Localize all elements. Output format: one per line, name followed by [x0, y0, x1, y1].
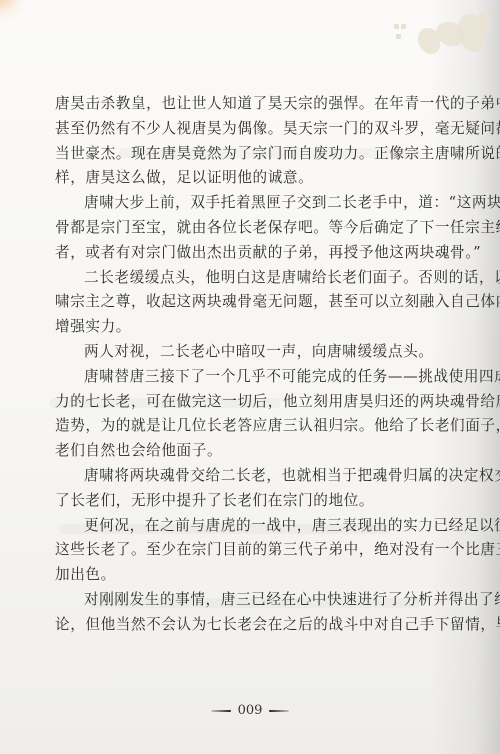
- text-line: 样，唐昊这么做，足以证明他的诚意。: [55, 166, 460, 191]
- text-line: 两人对视，二长老心中暗叹一声，向唐啸缓缓点头。: [55, 340, 460, 365]
- body-text: 唐昊击杀教皇，也让世人知道了昊天宗的强悍。在年青一代的子弟中，甚至仍然有不少人视…: [55, 92, 460, 638]
- text-line: 老们自然也会给他面子。: [55, 439, 460, 464]
- paragraph: 唐昊击杀教皇，也让世人知道了昊天宗的强悍。在年青一代的子弟中，甚至仍然有不少人视…: [55, 92, 460, 191]
- paragraph: 两人对视，二长老心中暗叹一声，向唐啸缓缓点头。: [55, 340, 460, 365]
- text-line: 当世豪杰。现在唐昊竟然为了宗门而自废功力。正像宗主唐啸所说的那: [55, 142, 460, 167]
- right-dash-ornament-icon: [269, 710, 289, 712]
- text-line: 唐啸将两块魂骨交给二长老，也就相当于把魂骨归属的决定权交给: [55, 464, 460, 489]
- header-mark: [394, 24, 399, 29]
- paragraph: 更何况，在之前与唐虎的一战中，唐三表现出的实力已经足以征服这些长老了。至少在宗门…: [55, 514, 460, 588]
- chapter-header-decoration-icon: [392, 10, 494, 58]
- text-line: 骨都是宗门至宝，就由各位长老保存吧。等今后确定了下一任宗主继承: [55, 216, 460, 241]
- header-blot: [478, 12, 490, 34]
- text-line: 论，但他当然不会认为七长老会在之后的战斗中对自己手下留情，毕竟: [55, 613, 460, 638]
- paragraph: 唐啸大步上前，双手托着黑匣子交到二长老手中，道：“这两块魂骨都是宗门至宝，就由各…: [55, 191, 460, 265]
- page-number: 009: [238, 703, 263, 718]
- text-line: 这些长老了。至少在宗门目前的第三代子弟中，绝对没有一个比唐三更: [55, 538, 460, 563]
- paragraph: 唐啸将两块魂骨交给二长老，也就相当于把魂骨归属的决定权交给了长老们，无形中提升了…: [55, 464, 460, 514]
- text-line: 唐昊击杀教皇，也让世人知道了昊天宗的强悍。在年青一代的子弟中，: [55, 92, 460, 117]
- header-mark: [396, 34, 401, 39]
- text-line: 更何况，在之前与唐虎的一战中，唐三表现出的实力已经足以征服: [55, 514, 460, 539]
- corner-shadow: [0, 0, 30, 20]
- header-mark: [401, 24, 406, 29]
- page-footer: 009: [0, 703, 500, 718]
- text-line: 对刚刚发生的事情，唐三已经在心中快速进行了分析并得出了结: [55, 588, 460, 613]
- text-line: 啸宗主之尊，收起这两块魂骨毫无问题，甚至可以立刻融入自己体内，: [55, 290, 460, 315]
- text-line: 者，或者有对宗门做出杰出贡献的子弟，再授予他这两块魂骨。”: [55, 241, 460, 266]
- text-line: 了长老们，无形中提升了长老们在宗门的地位。: [55, 489, 460, 514]
- text-line: 力的七长老，可在做完这一切后，他立刻用唐昊归还的两块魂骨给唐三: [55, 390, 460, 415]
- text-line: 增强实力。: [55, 315, 460, 340]
- text-line: 唐啸替唐三接下了一个几乎不可能完成的任务——挑战使用四成魂: [55, 365, 460, 390]
- paragraph: 对刚刚发生的事情，唐三已经在心中快速进行了分析并得出了结论，但他当然不会认为七长…: [55, 588, 460, 638]
- paragraph: 二长老缓缓点头，他明白这是唐啸给长老们面子。否则的话，以唐啸宗主之尊，收起这两块…: [55, 266, 460, 340]
- text-line: 甚至仍然有不少人视唐昊为偶像。昊天宗一门的双斗罗，毫无疑问都是: [55, 117, 460, 142]
- text-line: 二长老缓缓点头，他明白这是唐啸给长老们面子。否则的话，以唐: [55, 266, 460, 291]
- text-line: 加出色。: [55, 563, 460, 588]
- book-page: 唐昊击杀教皇，也让世人知道了昊天宗的强悍。在年青一代的子弟中，甚至仍然有不少人视…: [0, 0, 500, 754]
- text-line: 造势，为的就是让几位长老答应唐三认祖归宗。他给了长老们面子，长: [55, 414, 460, 439]
- left-dash-ornament-icon: [211, 710, 231, 712]
- text-line: 唐啸大步上前，双手托着黑匣子交到二长老手中，道：“这两块魂: [55, 191, 460, 216]
- paragraph: 唐啸替唐三接下了一个几乎不可能完成的任务——挑战使用四成魂力的七长老，可在做完这…: [55, 365, 460, 464]
